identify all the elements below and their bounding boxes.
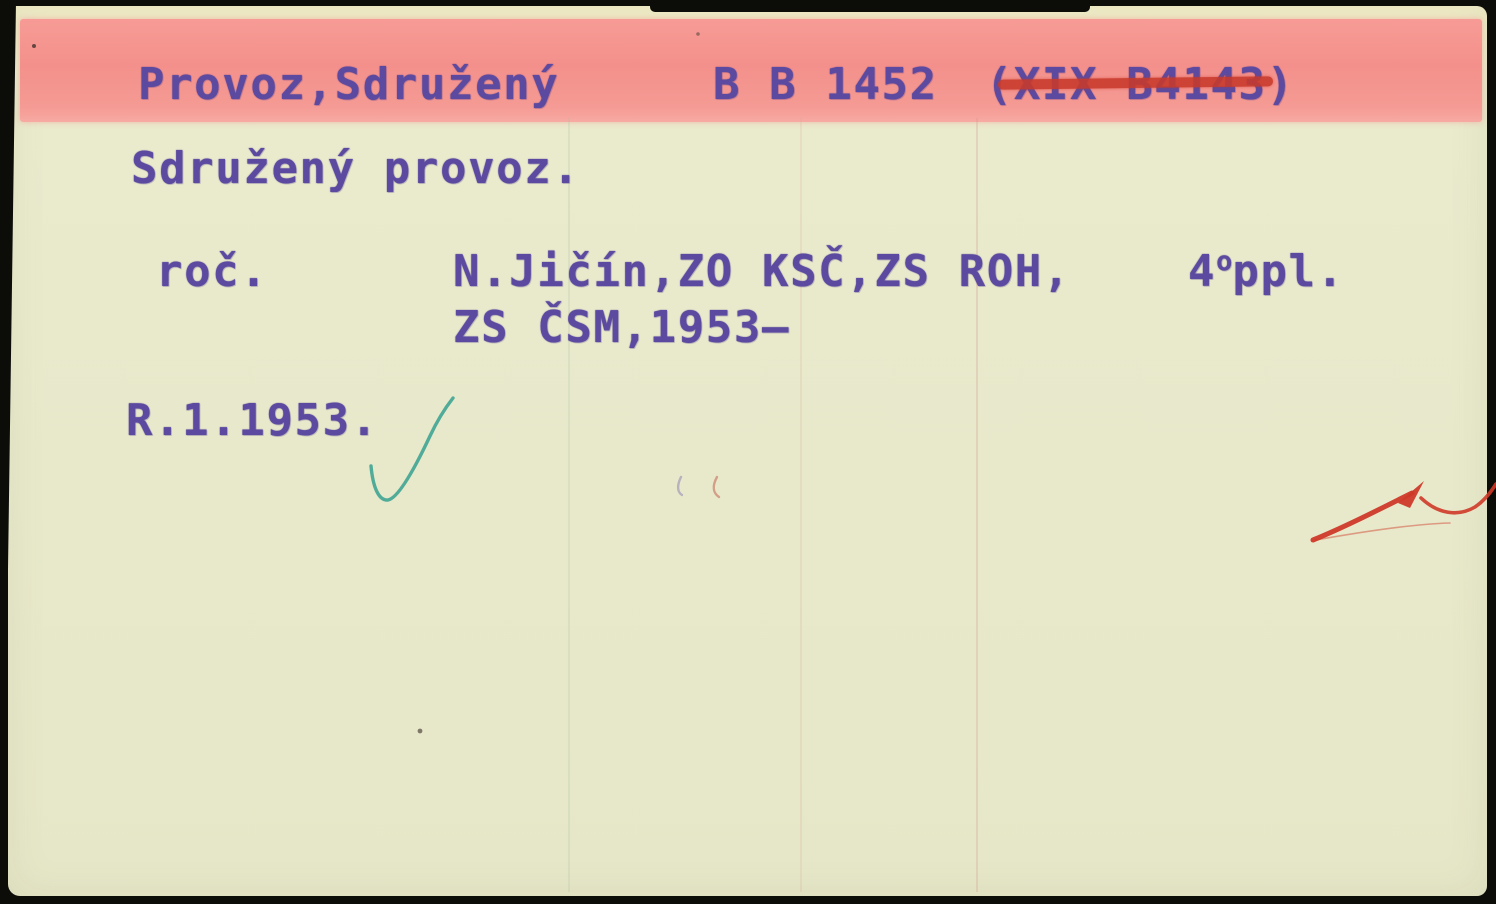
holdings-line-1: N.Jičín,ZO KSČ,ZS ROH, (453, 246, 1071, 297)
call-number-group: B B 1452(XIX B4143) (713, 59, 1295, 110)
paper-crease-line (800, 118, 802, 892)
call-number: B B 1452 (713, 59, 938, 110)
record-year-line: R.1.1953. (126, 395, 379, 446)
format-designation: 4oppl. (1188, 246, 1345, 297)
format-base: 4 (1188, 246, 1216, 297)
paper-crease-line (976, 118, 978, 892)
catalog-card: Provoz,Sdružený B B 1452(XIX B4143) Sdru… (8, 6, 1487, 896)
series-label: roč. (156, 246, 268, 297)
card-heading: Provoz,Sdružený (138, 59, 559, 110)
paper-crease-line (568, 118, 570, 892)
scan-background: Provoz,Sdružený B B 1452(XIX B4143) Sdru… (0, 0, 1496, 904)
old-call-number-group: (XIX B4143) (986, 59, 1295, 110)
card-title: Sdružený provoz. (131, 143, 580, 194)
format-rest: ppl. (1232, 246, 1344, 297)
holdings-line-2: ZS ČSM,1953– (453, 302, 790, 353)
format-superscript: o (1216, 246, 1232, 277)
old-call-number: XIX B4143 (1014, 59, 1267, 110)
